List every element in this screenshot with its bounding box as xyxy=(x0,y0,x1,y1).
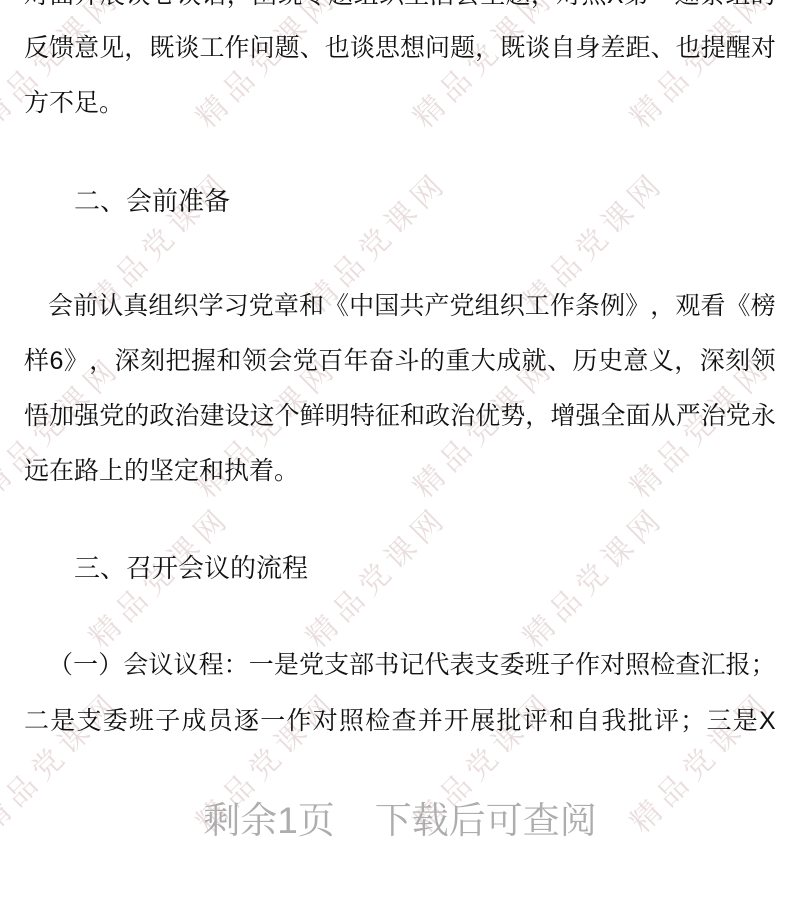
document-line: 会前认真组织学习党章和《中国共产党组织工作条例》，观看《榜 xyxy=(24,291,776,321)
pages-remaining-text: 剩余1页 xyxy=(203,800,335,841)
document-line: 反馈意见，既谈工作问题、也谈思想问题，既谈自身差距、也提醒对 xyxy=(24,33,776,63)
document-line: 样6》，深刻把握和领会党百年奋斗的重大成就、历史意义，深刻领 xyxy=(24,346,776,376)
section-heading: 三、召开会议的流程 xyxy=(74,552,308,584)
watermark-text: 精品党课网 xyxy=(511,494,673,656)
section-heading: 二、会前准备 xyxy=(74,185,230,217)
document-page: 精品党课网精品党课网精品党课网精品党课网精品党课网精品党课网精品党课网精品党课网… xyxy=(0,0,800,903)
document-line: 二是支委班子成员逐一作对照检查并开展批评和自我批评；三是X xyxy=(24,706,776,736)
watermark-text: 精品党课网 xyxy=(294,494,456,656)
watermark-layer: 精品党课网精品党课网精品党课网精品党课网精品党课网精品党课网精品党课网精品党课网… xyxy=(0,0,800,903)
document-line: 远在路上的坚定和执着。 xyxy=(24,456,776,486)
document-line: 对面开展谈心谈话，围绕专题组织生活会主题，对照X第一巡察组的 xyxy=(24,0,776,10)
document-line: 悟加强党的政治建设这个鲜明特征和政治优势，增强全面从严治党永 xyxy=(24,401,776,431)
document-line: （一）会议议程：一是党支部书记代表支委班子作对照检查汇报； xyxy=(24,650,776,680)
pages-remaining-notice: 剩余1页下载后可查阅 xyxy=(0,799,800,843)
document-line: 方不足。 xyxy=(24,88,776,118)
download-hint-text: 下载后可查阅 xyxy=(375,800,597,841)
